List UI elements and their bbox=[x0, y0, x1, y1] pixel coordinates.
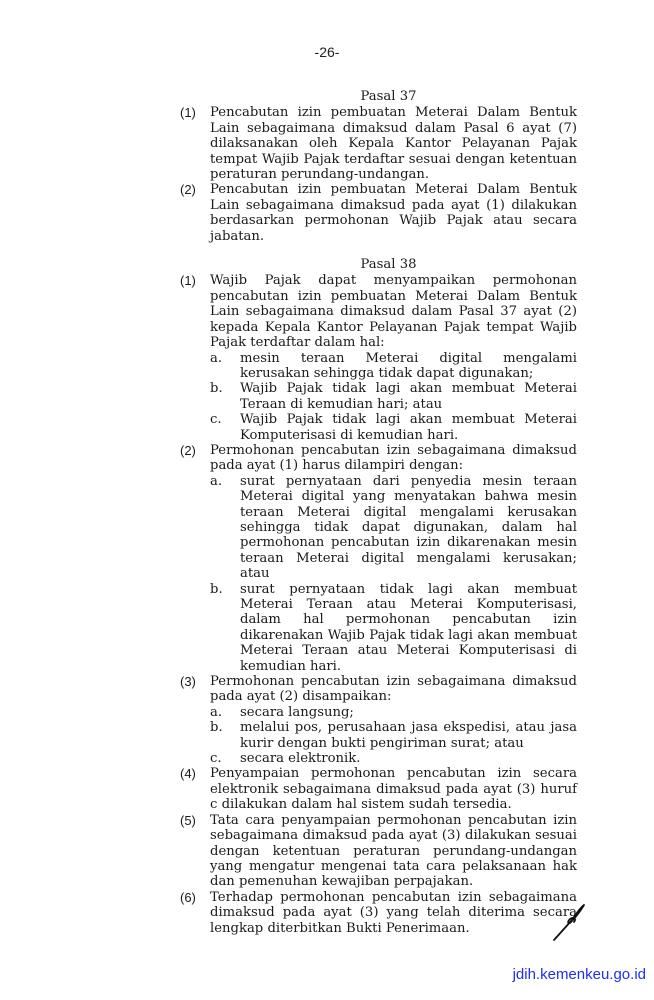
ayat-number: (1) bbox=[180, 273, 210, 442]
sub-item: a.surat pernyataan dari penyedia mesin t… bbox=[210, 474, 577, 582]
ayat-text: Permohonan pencabutan izin sebagaimana d… bbox=[210, 674, 577, 705]
sub-item: b.Wajib Pajak tidak lagi akan membuat Me… bbox=[210, 381, 577, 412]
ayat-text: Tata cara penyampaian permohonan pencabu… bbox=[210, 813, 577, 890]
ayat-paragraph: (6)Terhadap permohonan pencabutan izin s… bbox=[180, 890, 577, 936]
sub-item-letter: a. bbox=[210, 474, 240, 582]
ayat-number: (2) bbox=[180, 443, 210, 674]
ayat-paragraph: (2)Permohonan pencabutan izin sebagaiman… bbox=[180, 443, 577, 674]
footer-website-link[interactable]: jdih.kemenkeu.go.id bbox=[513, 966, 646, 983]
sub-item-text: Wajib Pajak tidak lagi akan membuat Mete… bbox=[240, 381, 577, 412]
ayat-paragraph: (1)Wajib Pajak dapat menyampaikan permoh… bbox=[180, 273, 577, 442]
sub-item-letter: c. bbox=[210, 751, 240, 766]
ayat-paragraph: (2)Pencabutan izin pembuatan Meterai Dal… bbox=[180, 182, 577, 244]
sub-item-letter: b. bbox=[210, 720, 240, 751]
ayat-number: (3) bbox=[180, 674, 210, 766]
ayat-body: Pencabutan izin pembuatan Meterai Dalam … bbox=[210, 105, 577, 182]
ayat-paragraph: (4)Penyampaian permohonan pencabutan izi… bbox=[180, 766, 577, 812]
sub-item-text: surat pernyataan dari penyedia mesin ter… bbox=[240, 474, 577, 582]
ayat-text: Permohonan pencabutan izin sebagaimana d… bbox=[210, 443, 577, 474]
sub-item-text: surat pernyataan tidak lagi akan membuat… bbox=[240, 582, 577, 674]
sub-item-letter: b. bbox=[210, 582, 240, 674]
sub-item-text: melalui pos, perusahaan jasa ekspedisi, … bbox=[240, 720, 577, 751]
ayat-text: Pencabutan izin pembuatan Meterai Dalam … bbox=[210, 105, 577, 182]
ayat-paragraph: (1)Pencabutan izin pembuatan Meterai Dal… bbox=[180, 105, 577, 182]
sub-item-text: mesin teraan Meterai digital mengalami k… bbox=[240, 351, 577, 382]
ayat-body: Penyampaian permohonan pencabutan izin s… bbox=[210, 766, 577, 812]
sub-item: a.secara langsung; bbox=[210, 705, 577, 720]
sub-item-letter: c. bbox=[210, 412, 240, 443]
ayat-number: (4) bbox=[180, 766, 210, 812]
sub-item-text: Wajib Pajak tidak lagi akan membuat Mete… bbox=[240, 412, 577, 443]
sub-item: c.secara elektronik. bbox=[210, 751, 577, 766]
document-body: Pasal 37(1)Pencabutan izin pembuatan Met… bbox=[180, 89, 577, 936]
ayat-body: Permohonan pencabutan izin sebagaimana d… bbox=[210, 674, 577, 766]
sub-item-text: secara langsung; bbox=[240, 705, 577, 720]
ayat-body: Pencabutan izin pembuatan Meterai Dalam … bbox=[210, 182, 577, 244]
ayat-paragraph: (5)Tata cara penyampaian permohonan penc… bbox=[180, 813, 577, 890]
ayat-text: Wajib Pajak dapat menyampaikan permohona… bbox=[210, 273, 577, 350]
ayat-paragraph: (3)Permohonan pencabutan izin sebagaiman… bbox=[180, 674, 577, 766]
ayat-number: (5) bbox=[180, 813, 210, 890]
ayat-number: (6) bbox=[180, 890, 210, 936]
sub-item: b.melalui pos, perusahaan jasa ekspedisi… bbox=[210, 720, 577, 751]
sub-item-letter: b. bbox=[210, 381, 240, 412]
ayat-text: Pencabutan izin pembuatan Meterai Dalam … bbox=[210, 182, 577, 244]
ayat-body: Terhadap permohonan pencabutan izin seba… bbox=[210, 890, 577, 936]
ayat-number: (1) bbox=[180, 105, 210, 182]
sub-item: b.surat pernyataan tidak lagi akan membu… bbox=[210, 582, 577, 674]
sub-item-text: secara elektronik. bbox=[240, 751, 577, 766]
section-heading: Pasal 38 bbox=[180, 257, 577, 272]
ayat-body: Wajib Pajak dapat menyampaikan permohona… bbox=[210, 273, 577, 442]
sub-item-letter: a. bbox=[210, 351, 240, 382]
ayat-number: (2) bbox=[180, 182, 210, 244]
sub-item-letter: a. bbox=[210, 705, 240, 720]
sub-item: a.mesin teraan Meterai digital mengalami… bbox=[210, 351, 577, 382]
signature-icon bbox=[550, 900, 590, 945]
ayat-text: Terhadap permohonan pencabutan izin seba… bbox=[210, 890, 577, 936]
ayat-body: Permohonan pencabutan izin sebagaimana d… bbox=[210, 443, 577, 674]
ayat-body: Tata cara penyampaian permohonan pencabu… bbox=[210, 813, 577, 890]
document-page: -26- Pasal 37(1)Pencabutan izin pembuata… bbox=[0, 0, 654, 1000]
ayat-text: Penyampaian permohonan pencabutan izin s… bbox=[210, 766, 577, 812]
page-number: -26- bbox=[0, 44, 654, 60]
sub-item: c.Wajib Pajak tidak lagi akan membuat Me… bbox=[210, 412, 577, 443]
section-heading: Pasal 37 bbox=[180, 89, 577, 104]
